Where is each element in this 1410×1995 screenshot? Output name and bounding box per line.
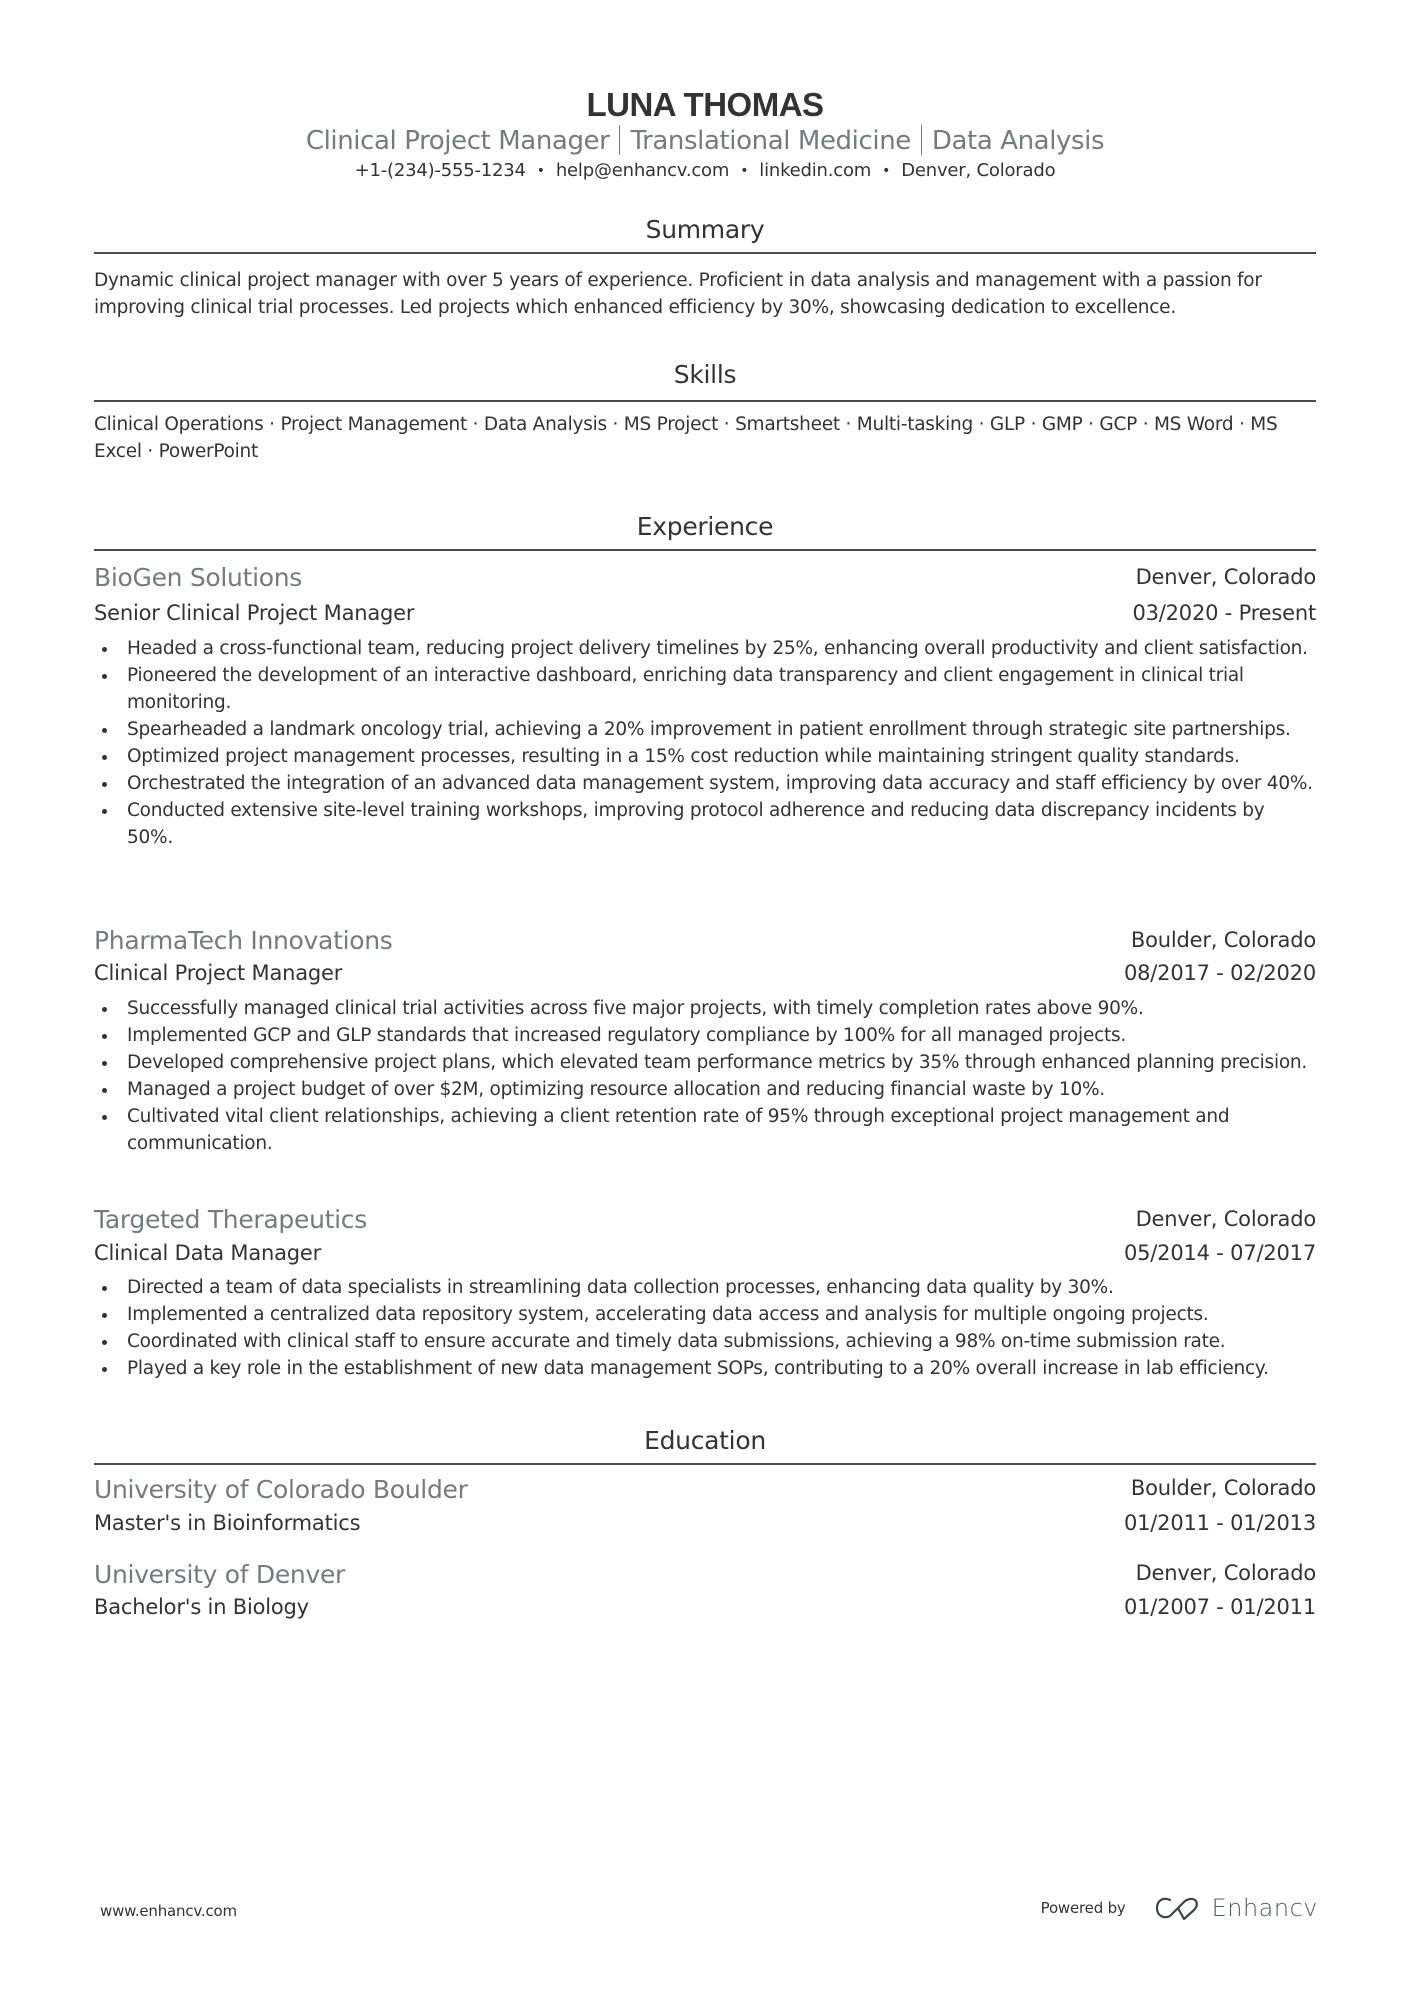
school-name: University of Denver bbox=[94, 1559, 345, 1591]
bullet-item: Coordinated with clinical staff to ensur… bbox=[94, 1328, 1316, 1355]
headline-divider bbox=[619, 125, 620, 155]
bullet-separator: • bbox=[537, 163, 545, 179]
headline-part: Translational Medicine bbox=[630, 126, 910, 156]
phone: +1-(234)-555-1234 bbox=[355, 160, 526, 181]
section-divider bbox=[94, 549, 1316, 551]
bullet-separator: • bbox=[740, 163, 748, 179]
job-title: Clinical Project Manager bbox=[94, 959, 342, 987]
section-title-experience: Experience bbox=[94, 511, 1316, 543]
bullet-item: Headed a cross-functional team, reducing… bbox=[94, 635, 1316, 662]
section-title-education: Education bbox=[94, 1425, 1316, 1457]
bullet-item: Managed a project budget of over $2M, op… bbox=[94, 1076, 1316, 1103]
footer-website-link[interactable]: www.enhancv.com bbox=[100, 1902, 237, 1920]
section-divider bbox=[94, 400, 1316, 402]
job-dates: 08/2017 - 02/2020 bbox=[1124, 959, 1316, 987]
linkedin-link[interactable]: linkedin.com bbox=[759, 160, 871, 181]
skills-list: Clinical Operations · Project Management… bbox=[94, 411, 1316, 465]
school-location: Boulder, Colorado bbox=[1131, 1474, 1316, 1502]
contact-line: +1-(234)-555-1234•help@enhancv.com•linke… bbox=[94, 159, 1316, 183]
bullet-item: Implemented a centralized data repositor… bbox=[94, 1301, 1316, 1328]
headline-part: Clinical Project Manager bbox=[306, 126, 610, 156]
school-name: University of Colorado Boulder bbox=[94, 1474, 468, 1506]
location: Denver, Colorado bbox=[901, 160, 1055, 181]
company-name: BioGen Solutions bbox=[94, 562, 302, 594]
bullet-item: Directed a team of data specialists in s… bbox=[94, 1274, 1316, 1301]
company-name: Targeted Therapeutics bbox=[94, 1204, 367, 1236]
job-bullets: Successfully managed clinical trial acti… bbox=[94, 995, 1316, 1157]
job-bullets: Directed a team of data specialists in s… bbox=[94, 1274, 1316, 1382]
bullet-separator: • bbox=[882, 163, 890, 179]
headline: Clinical Project ManagerTranslational Me… bbox=[94, 124, 1316, 158]
education-dates: 01/2011 - 01/2013 bbox=[1124, 1509, 1316, 1537]
powered-by-label: Powered by bbox=[1041, 1899, 1126, 1917]
email-link[interactable]: help@enhancv.com bbox=[556, 160, 729, 181]
bullet-item: Developed comprehensive project plans, w… bbox=[94, 1049, 1316, 1076]
bullet-item: Cultivated vital client relationships, a… bbox=[94, 1103, 1316, 1157]
degree: Bachelor's in Biology bbox=[94, 1593, 309, 1621]
job-bullets: Headed a cross-functional team, reducing… bbox=[94, 635, 1316, 851]
bullet-item: Spearheaded a landmark oncology trial, a… bbox=[94, 716, 1316, 743]
candidate-name: LUNA THOMAS bbox=[94, 86, 1316, 124]
section-title-skills: Skills bbox=[94, 359, 1316, 391]
education-dates: 01/2007 - 01/2011 bbox=[1124, 1593, 1316, 1621]
bullet-item: Successfully managed clinical trial acti… bbox=[94, 995, 1316, 1022]
section-title-summary: Summary bbox=[94, 214, 1316, 246]
bullet-item: Optimized project management processes, … bbox=[94, 743, 1316, 770]
job-dates: 05/2014 - 07/2017 bbox=[1124, 1239, 1316, 1267]
section-divider bbox=[94, 252, 1316, 254]
bullet-item: Conducted extensive site-level training … bbox=[94, 797, 1316, 851]
job-title: Senior Clinical Project Manager bbox=[94, 599, 414, 627]
bullet-item: Implemented GCP and GLP standards that i… bbox=[94, 1022, 1316, 1049]
enhancv-logo-icon bbox=[1154, 1895, 1202, 1921]
headline-divider bbox=[921, 125, 922, 155]
job-location: Boulder, Colorado bbox=[1131, 926, 1316, 954]
company-name: PharmaTech Innovations bbox=[94, 925, 392, 957]
summary-text: Dynamic clinical project manager with ov… bbox=[94, 267, 1316, 321]
brand-name: Enhancv bbox=[1212, 1894, 1318, 1922]
headline-part: Data Analysis bbox=[932, 126, 1104, 156]
job-location: Denver, Colorado bbox=[1136, 1205, 1316, 1233]
degree: Master's in Bioinformatics bbox=[94, 1509, 360, 1537]
bullet-item: Orchestrated the integration of an advan… bbox=[94, 770, 1316, 797]
job-dates: 03/2020 - Present bbox=[1132, 599, 1316, 627]
powered-by-badge[interactable]: Powered by Enhancv bbox=[1041, 1894, 1318, 1922]
job-location: Denver, Colorado bbox=[1136, 563, 1316, 591]
job-title: Clinical Data Manager bbox=[94, 1239, 321, 1267]
bullet-item: Pioneered the development of an interact… bbox=[94, 662, 1316, 716]
school-location: Denver, Colorado bbox=[1136, 1559, 1316, 1587]
bullet-item: Played a key role in the establishment o… bbox=[94, 1355, 1316, 1382]
section-divider bbox=[94, 1463, 1316, 1465]
